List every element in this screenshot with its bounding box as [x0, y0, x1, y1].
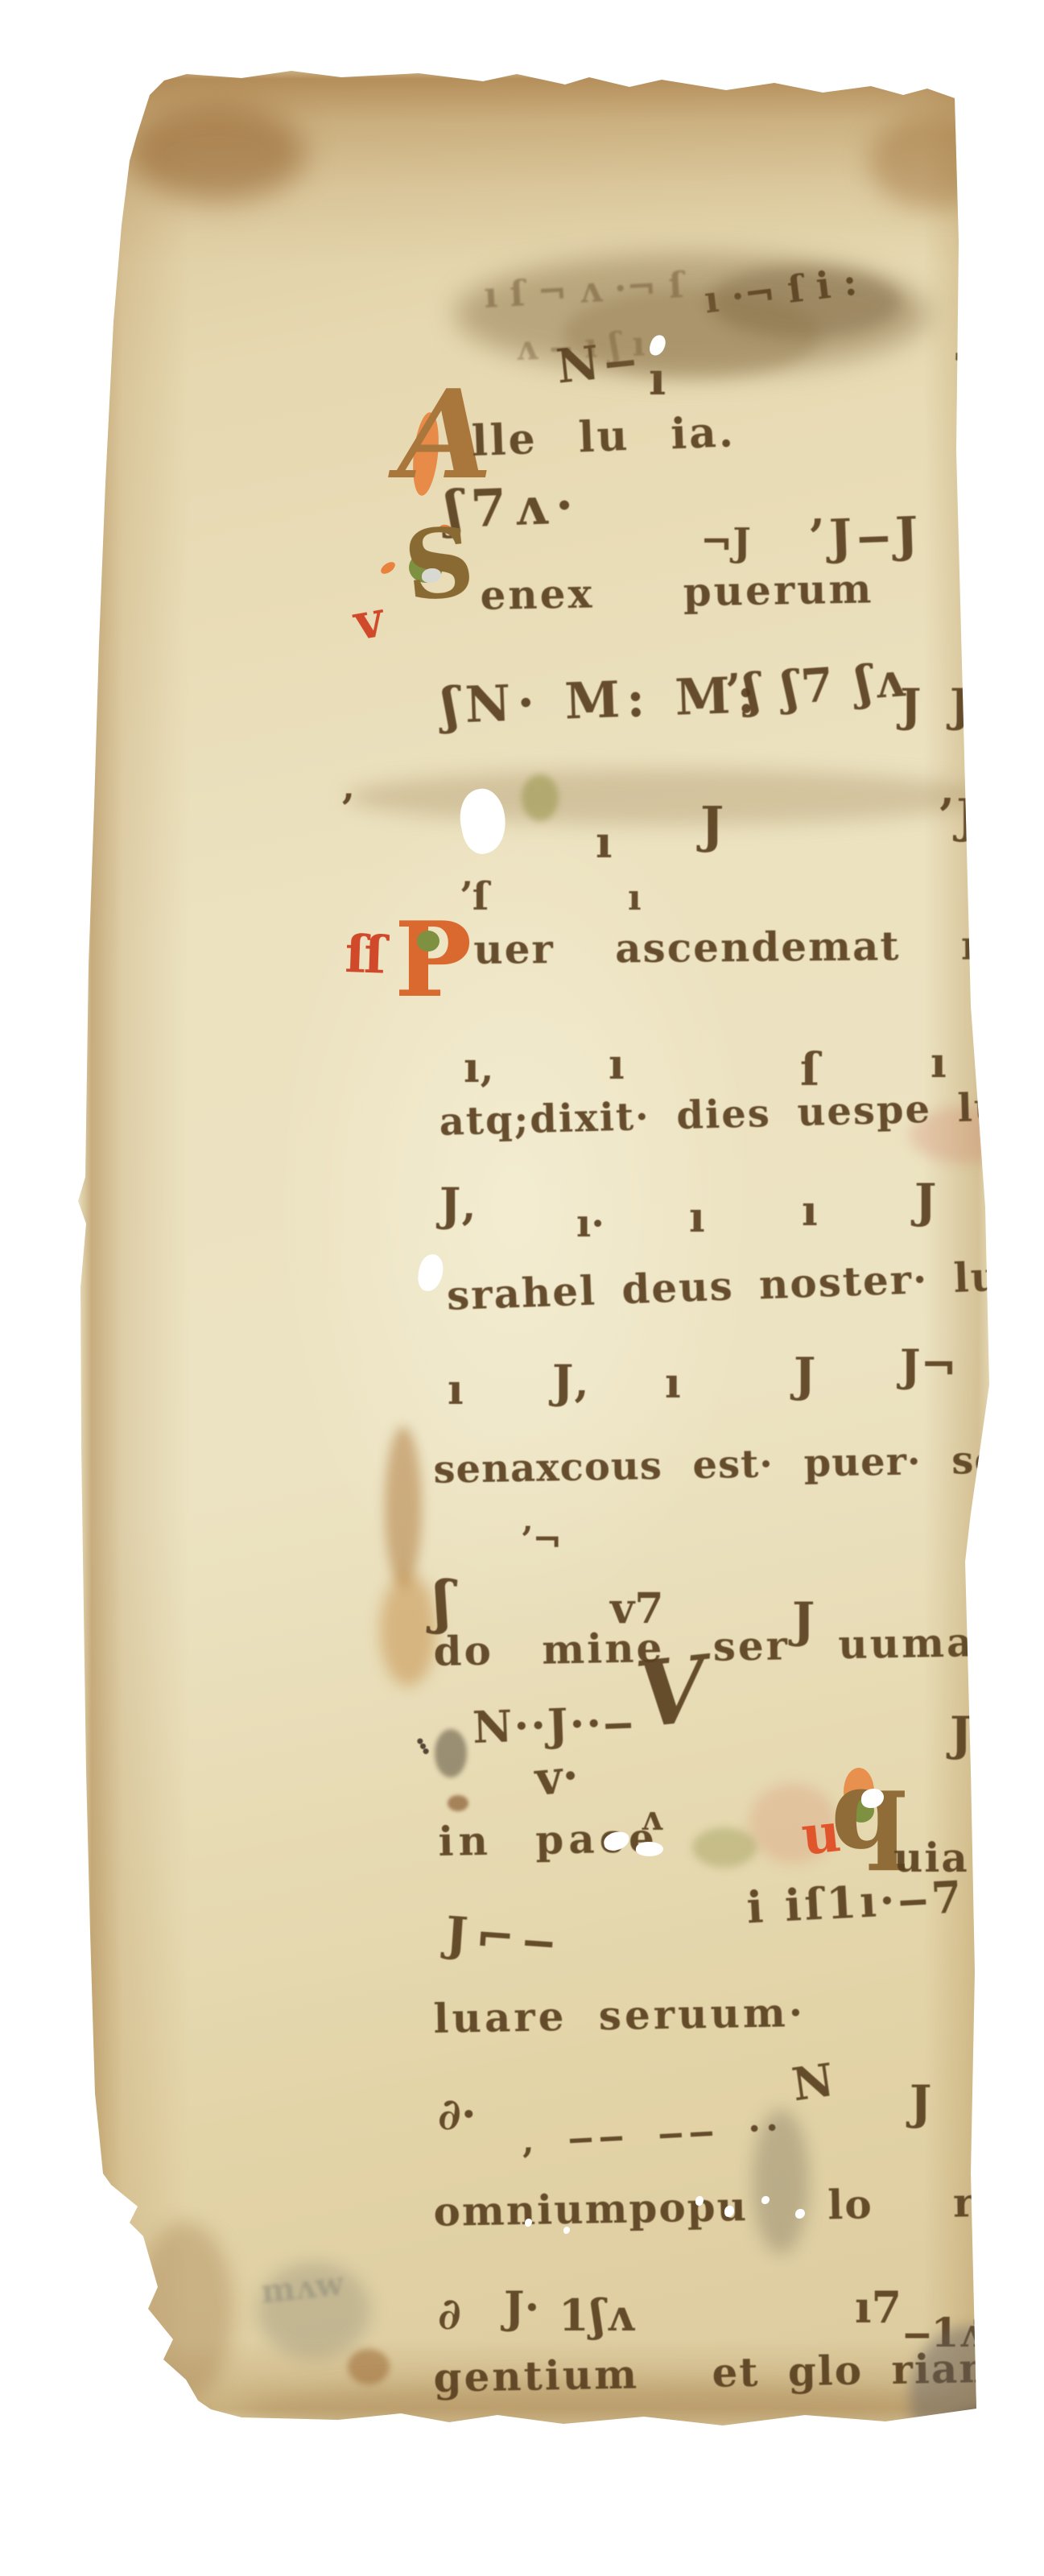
- neume-glyph: ʃ: [431, 1567, 456, 1637]
- neume-row: ‚ ‒‒ ‒‒ ··: [520, 2105, 785, 2162]
- neume-glyph: J: [950, 1707, 972, 1761]
- manuscript-fragment: mʌw ı ſ ¬ ʌ ·¬ ſ ʌ ‒ ı ʃ ı ı ·¬ ſ i : J …: [0, 0, 1044, 2576]
- rubric-ff-mark: ſſ: [344, 924, 384, 986]
- neume-row: ʼJ‒J: [807, 506, 924, 567]
- stain: [129, 105, 306, 201]
- neume-row: ʃN· M: M:: [441, 665, 762, 735]
- initial-s-orange-fleck: [379, 559, 398, 576]
- neume-glyph: J: [977, 2275, 999, 2328]
- neume-glyph: J: [794, 1348, 815, 1402]
- neume-row: ı‚: [464, 1043, 494, 1092]
- neume-row: i iſ1ı·‒7: [745, 1871, 966, 1934]
- faded-smudge: [563, 290, 821, 378]
- text-line-alleluia: lle lu ia.: [471, 408, 737, 466]
- neume-glyph: ı: [998, 1196, 1013, 1241]
- neume-row: ı7: [855, 2281, 902, 2333]
- neume-row: ʼJ: [937, 789, 982, 844]
- grey-smudge: [942, 2407, 1038, 2463]
- text-line-senex: enex puerum po: [480, 562, 1023, 619]
- neume-row: 1ʃʌ: [559, 2289, 636, 2341]
- neume-row: J J: [900, 679, 978, 733]
- text-line-domine: do mine ser uumauu: [433, 1617, 1039, 1675]
- neume-row: ı·: [576, 1201, 605, 1246]
- neume-glyph: ı: [609, 1040, 625, 1089]
- neume-glyph: ı: [802, 1187, 818, 1236]
- neume-glyph: ı: [448, 1365, 464, 1414]
- neume-row: N··J··‒: [472, 1696, 636, 1753]
- grey-smudge: [753, 2109, 809, 2254]
- neume-glyph: ¬: [990, 840, 1020, 881]
- text-line-gentium: gentium: [433, 2351, 639, 2401]
- neume-row: J‚: [552, 1356, 589, 1409]
- stain: [692, 1827, 757, 1868]
- neume-glyph: J: [960, 291, 992, 365]
- neume-glyph: ı: [998, 1058, 1013, 1103]
- text-line-israhel: srahel deus noster· lum: [446, 1251, 1044, 1319]
- parchment-hole: [417, 1253, 445, 1293]
- neume-glyph: i: [1003, 2122, 1015, 2160]
- text-line-senax: senaxcous est· puer· ser: [433, 1437, 1021, 1492]
- verse-marker: v·: [533, 1748, 581, 1806]
- neume-glyph: ʼ: [997, 472, 1008, 510]
- neume-row: J‚: [439, 1179, 477, 1232]
- initial-letter-s: S: [399, 505, 479, 623]
- stain: [380, 1574, 436, 1686]
- neume-row: ¬J: [700, 520, 751, 565]
- neume-glyph: ı: [987, 877, 1001, 919]
- neume-glyph: J: [700, 795, 724, 854]
- stain: [869, 113, 998, 209]
- neume-glyph: J: [914, 1174, 936, 1228]
- neume-glyph: ∂: [438, 2288, 461, 2339]
- rubric-v-mark: v: [349, 589, 388, 652]
- neume-glyph: ı: [992, 1563, 1007, 1611]
- neume-glyph: ♦: [997, 2087, 1014, 2110]
- stain: [448, 1795, 468, 1811]
- neume-glyph: 7: [1011, 2301, 1042, 2352]
- text-line-luare: luare seruum·: [433, 1988, 807, 2042]
- neume-glyph: ‚: [341, 762, 355, 809]
- stain: [385, 1426, 422, 1587]
- neume-glyph: ı: [931, 1038, 947, 1088]
- manuscript-photo: mʌw ı ſ ¬ ʌ ·¬ ſ ʌ ‒ ı ʃ ı ı ·¬ ſ i : J …: [0, 0, 1044, 2576]
- initial-letter-p: P: [394, 900, 472, 1021]
- neume-glyph: ı: [1000, 1758, 1013, 1802]
- neume-glyph: ı: [628, 877, 642, 919]
- neume-glyph: ı: [665, 1359, 681, 1408]
- neume-row: ʼʃ ʃ7 ʃʌ: [723, 652, 910, 720]
- neume-row: J·: [504, 2281, 539, 2333]
- rubric-diamond-mark: ♦: [995, 1959, 1017, 1988]
- neume-glyph: ı: [596, 816, 613, 868]
- neume-row: ∂·: [438, 2088, 477, 2140]
- neume-glyph: J: [910, 2075, 931, 2130]
- neume-glyph: ſ: [800, 1043, 819, 1096]
- stain: [348, 2349, 390, 2384]
- grey-smudge: [910, 2326, 1030, 2463]
- text-line-omnium: omniumpopu lo rum·: [433, 2177, 1044, 2235]
- neume-glyph: N: [789, 2054, 837, 2112]
- stain: [346, 769, 990, 825]
- neume-row: ʼ¬: [520, 1520, 562, 1561]
- initial-p-green-fill: [417, 931, 439, 952]
- neume-row: J¬: [900, 1340, 957, 1391]
- stain: [137, 2222, 233, 2399]
- neume-glyph: ı: [689, 1193, 705, 1242]
- smudged-glyphs: ʌb: [943, 2403, 1013, 2466]
- stain: [435, 1729, 467, 1777]
- stain: [1003, 1045, 1008, 1079]
- stain: [522, 774, 559, 821]
- text-line-puer: uer ascendemat mul: [473, 921, 1044, 973]
- neume-glyph: a: [984, 687, 1009, 735]
- neume-row: J⌐‒: [444, 1906, 565, 1969]
